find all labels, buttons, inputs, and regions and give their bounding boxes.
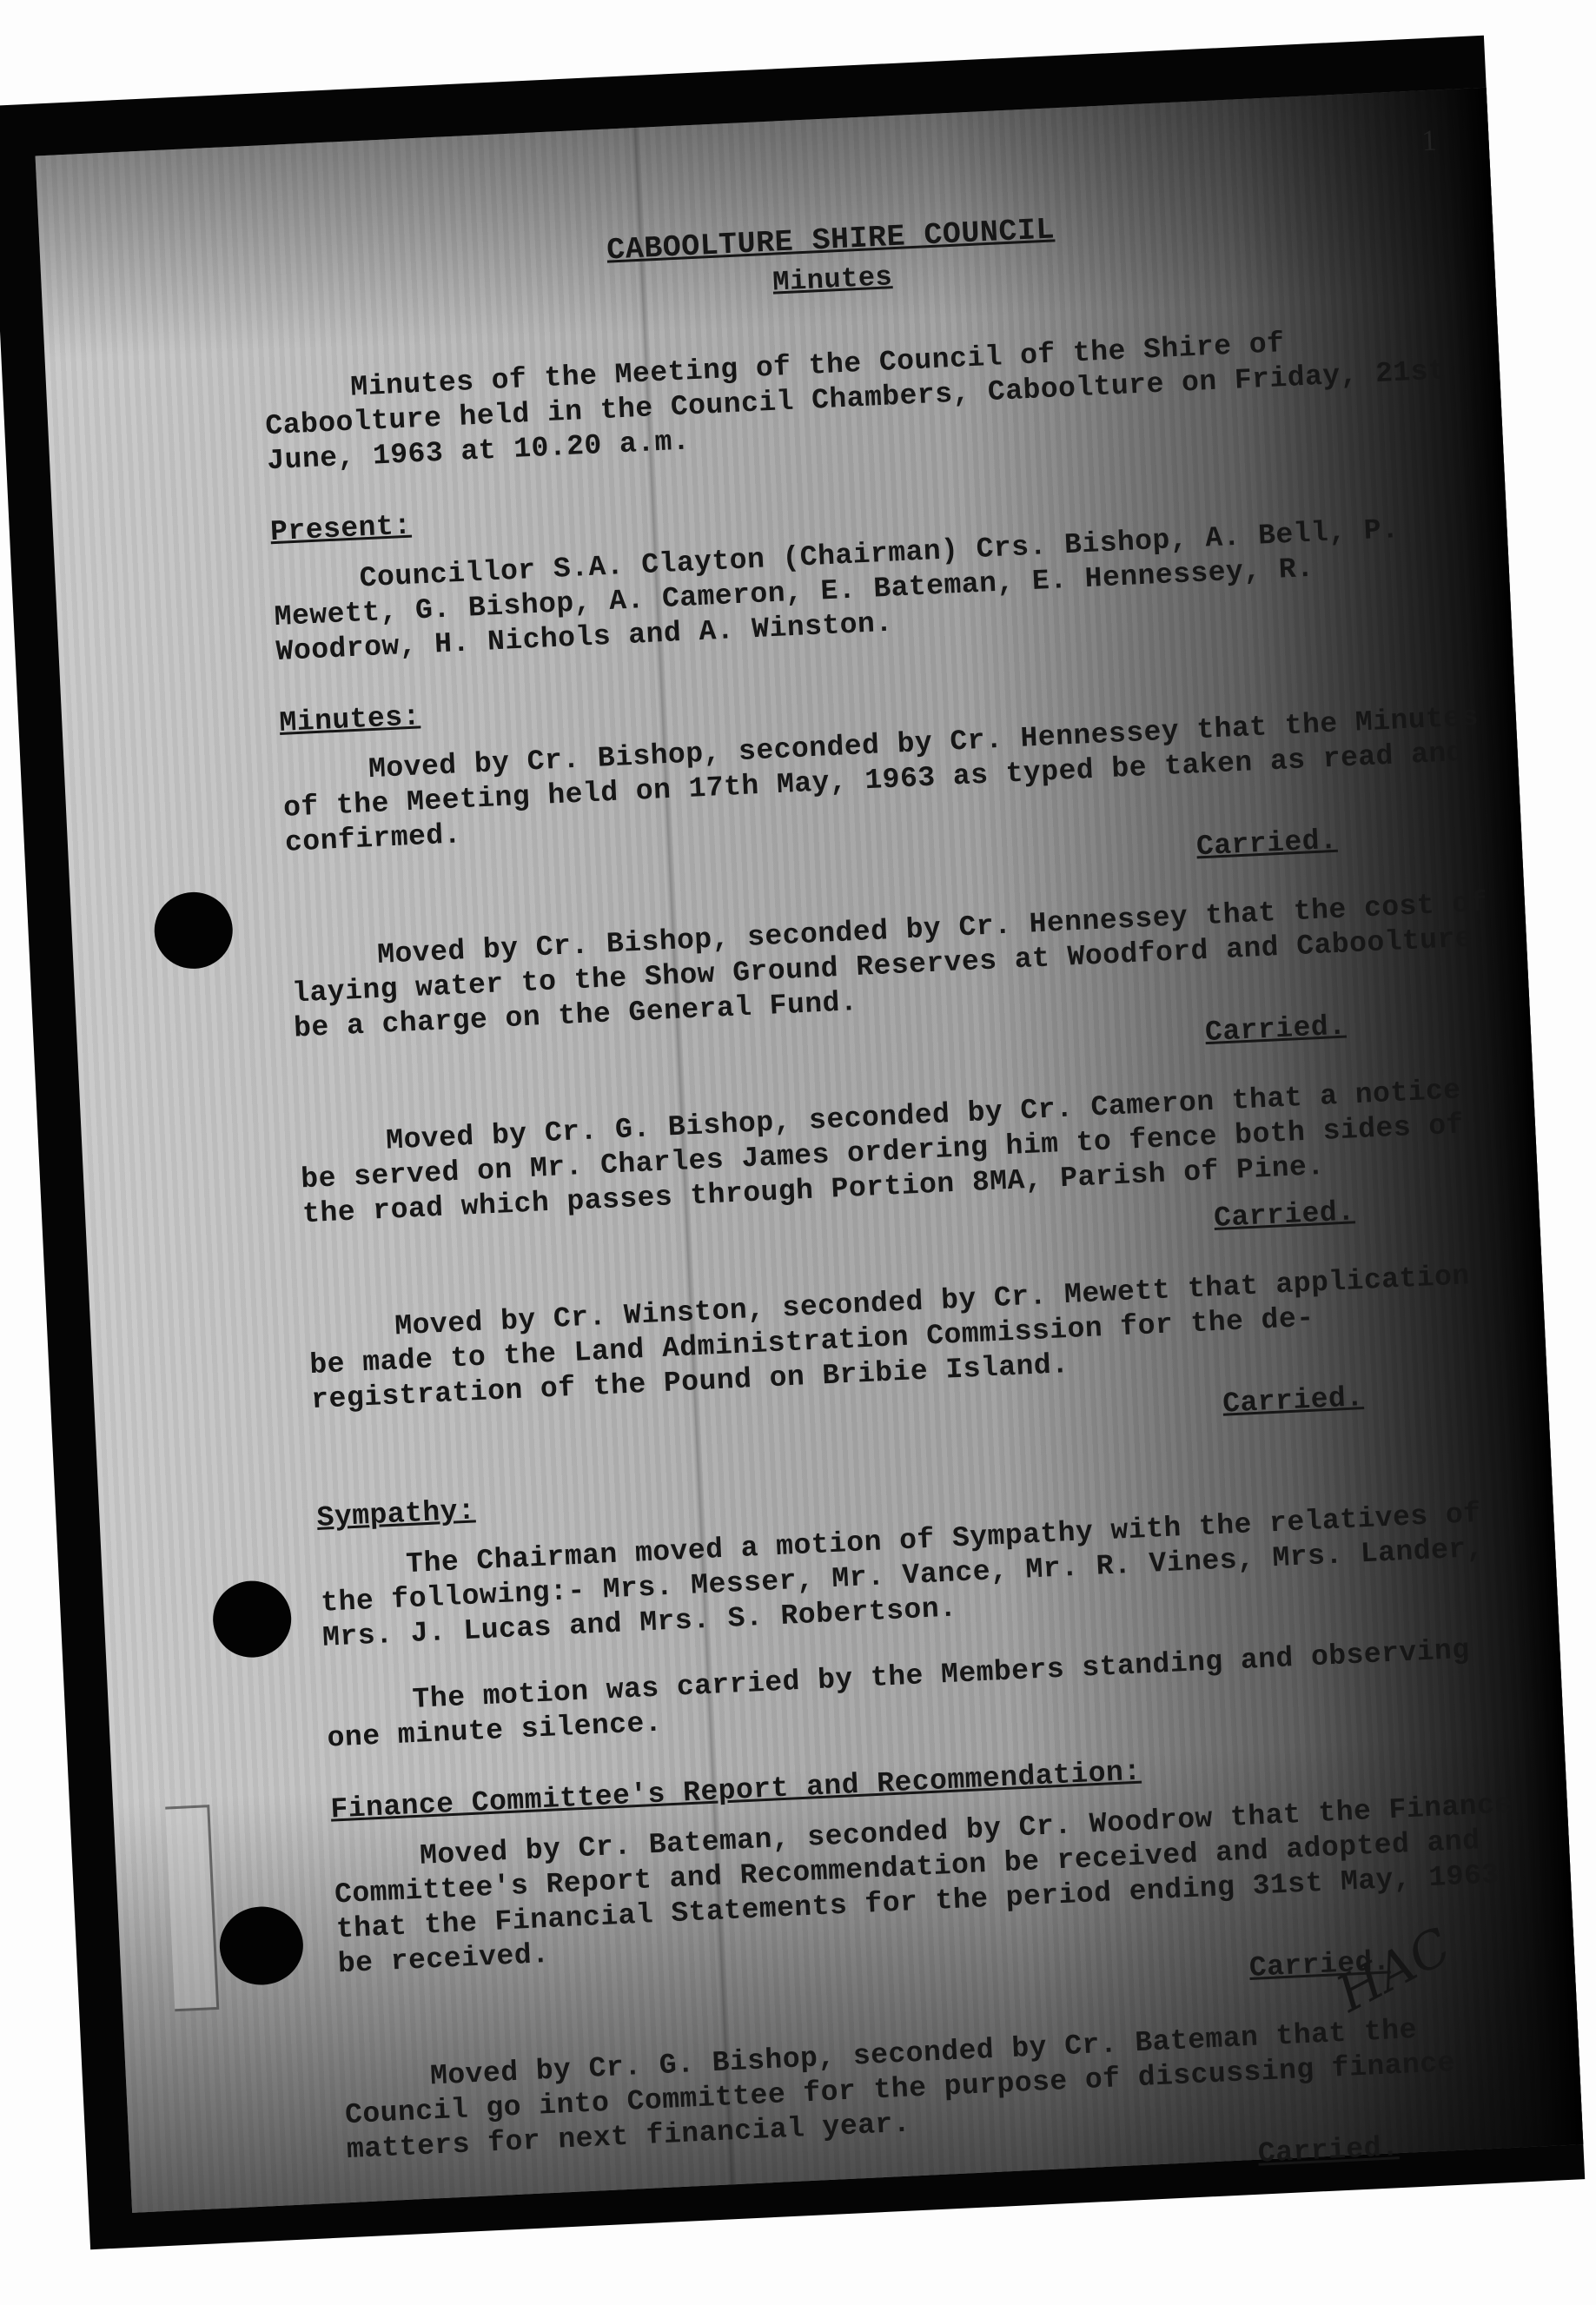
page-number: 1	[1421, 125, 1438, 159]
intro-paragraph: Minutes of the Meeting of the Council of…	[263, 318, 1466, 479]
paper-clip-icon	[165, 1805, 219, 2011]
paper-sheet: 1 CABOOLTURE SHIRE COUNCIL Minutes Minut…	[36, 88, 1584, 2213]
binding-hole-icon	[211, 1580, 293, 1659]
scanned-page-photo: 1 CABOOLTURE SHIRE COUNCIL Minutes Minut…	[0, 36, 1585, 2249]
minutes-body: CABOOLTURE SHIRE COUNCIL Minutes Minutes…	[257, 194, 1549, 2249]
binding-hole-icon	[218, 1904, 305, 1986]
binding-hole-icon	[153, 891, 235, 970]
